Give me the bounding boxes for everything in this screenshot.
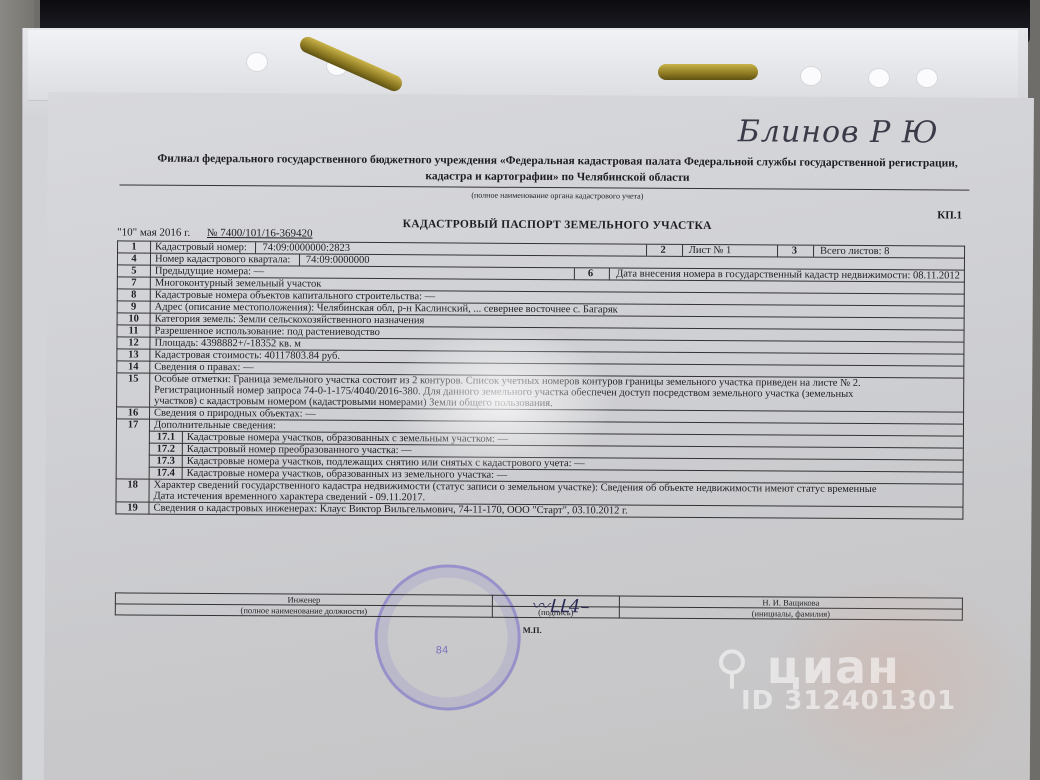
row-number: 4 xyxy=(117,253,150,265)
sleeve-punch-strip xyxy=(28,30,1018,101)
row-label: Предыдущие номера: — xyxy=(155,266,264,278)
row-number: 5 xyxy=(117,265,150,277)
row-number: 11 xyxy=(117,325,150,337)
quarter-number-value: 74:09:0000000 xyxy=(299,255,370,266)
special-notes: Особые отметки: Граница земельного участ… xyxy=(150,373,964,412)
watermark: ⚲ циан ID 312401301 xyxy=(715,640,956,716)
sub-row-number: 17.4 xyxy=(149,467,182,479)
seal-number: 84 xyxy=(436,645,449,656)
punch-hole xyxy=(868,68,890,88)
row-label: Номер кадастрового квартала: xyxy=(155,254,290,266)
handwritten-note: Блинов Р Ю xyxy=(738,114,939,150)
row-number: 9 xyxy=(117,301,150,313)
row-number: 10 xyxy=(117,313,150,325)
binder-clip xyxy=(298,34,405,93)
row-number: 16 xyxy=(117,407,150,419)
row-number: 12 xyxy=(117,337,150,349)
row-number: 15 xyxy=(117,373,150,407)
issue-date-number: "10" мая 2016 г. № 7400/101/16-369420 xyxy=(117,226,312,239)
row-number: 7 xyxy=(117,277,150,289)
binder-clip xyxy=(658,64,758,80)
row-label: Кадастровый номер: xyxy=(155,242,247,254)
seal-label: М.П. xyxy=(523,625,542,635)
punch-hole xyxy=(246,52,268,72)
total-sheets: Всего листов: 8 xyxy=(813,246,960,258)
row-number: 6 xyxy=(573,268,600,279)
name-caption: (инициалы, фамилия) xyxy=(619,607,962,620)
row-number: 3 xyxy=(777,245,804,256)
sheet-number: Лист № 1 xyxy=(682,245,769,257)
punch-hole xyxy=(916,68,938,88)
row-number: 1 xyxy=(118,241,151,253)
handwritten-signature: 〰ᒪᒪ4– xyxy=(531,592,590,618)
row-number: 8 xyxy=(117,289,150,301)
punch-hole xyxy=(800,66,822,86)
row-number: 2 xyxy=(646,245,673,256)
row-number: 14 xyxy=(117,361,150,373)
document-number: № 7400/101/16-369420 xyxy=(207,227,313,240)
row-number: 19 xyxy=(116,502,149,514)
document-title: КАДАСТРОВЫЙ ПАСПОРТ ЗЕМЕЛЬНОГО УЧАСТКА xyxy=(317,218,797,233)
sub-row-number: 17.3 xyxy=(149,455,182,467)
table-row: 15 Особые отметки: Граница земельного уч… xyxy=(117,373,964,412)
row-number: 17 xyxy=(116,419,149,479)
position-caption: (полное наименование должности) xyxy=(115,604,492,617)
row-number: 18 xyxy=(116,479,149,502)
registration-date: Дата внесения номера в государственный к… xyxy=(609,268,960,281)
organization-caption: (полное наименование органа кадастрового… xyxy=(117,188,997,202)
form-code: КП.1 xyxy=(937,209,962,221)
cadastral-number-value: 74:09:0000000:2823 xyxy=(255,242,350,254)
organization-name: Филиал федерального государственного бюд… xyxy=(117,150,997,187)
row-number: 13 xyxy=(117,349,150,361)
official-seal: 84 xyxy=(374,564,521,711)
sub-row-number: 17.1 xyxy=(149,431,182,443)
sub-row-number: 17.2 xyxy=(149,443,182,455)
cadastral-table: 1 Кадастровый номер: 74:09:0000000:2823 … xyxy=(115,240,965,519)
watermark-id: ID 312401301 xyxy=(715,686,956,716)
issue-date: "10" мая 2016 г. xyxy=(117,226,190,238)
